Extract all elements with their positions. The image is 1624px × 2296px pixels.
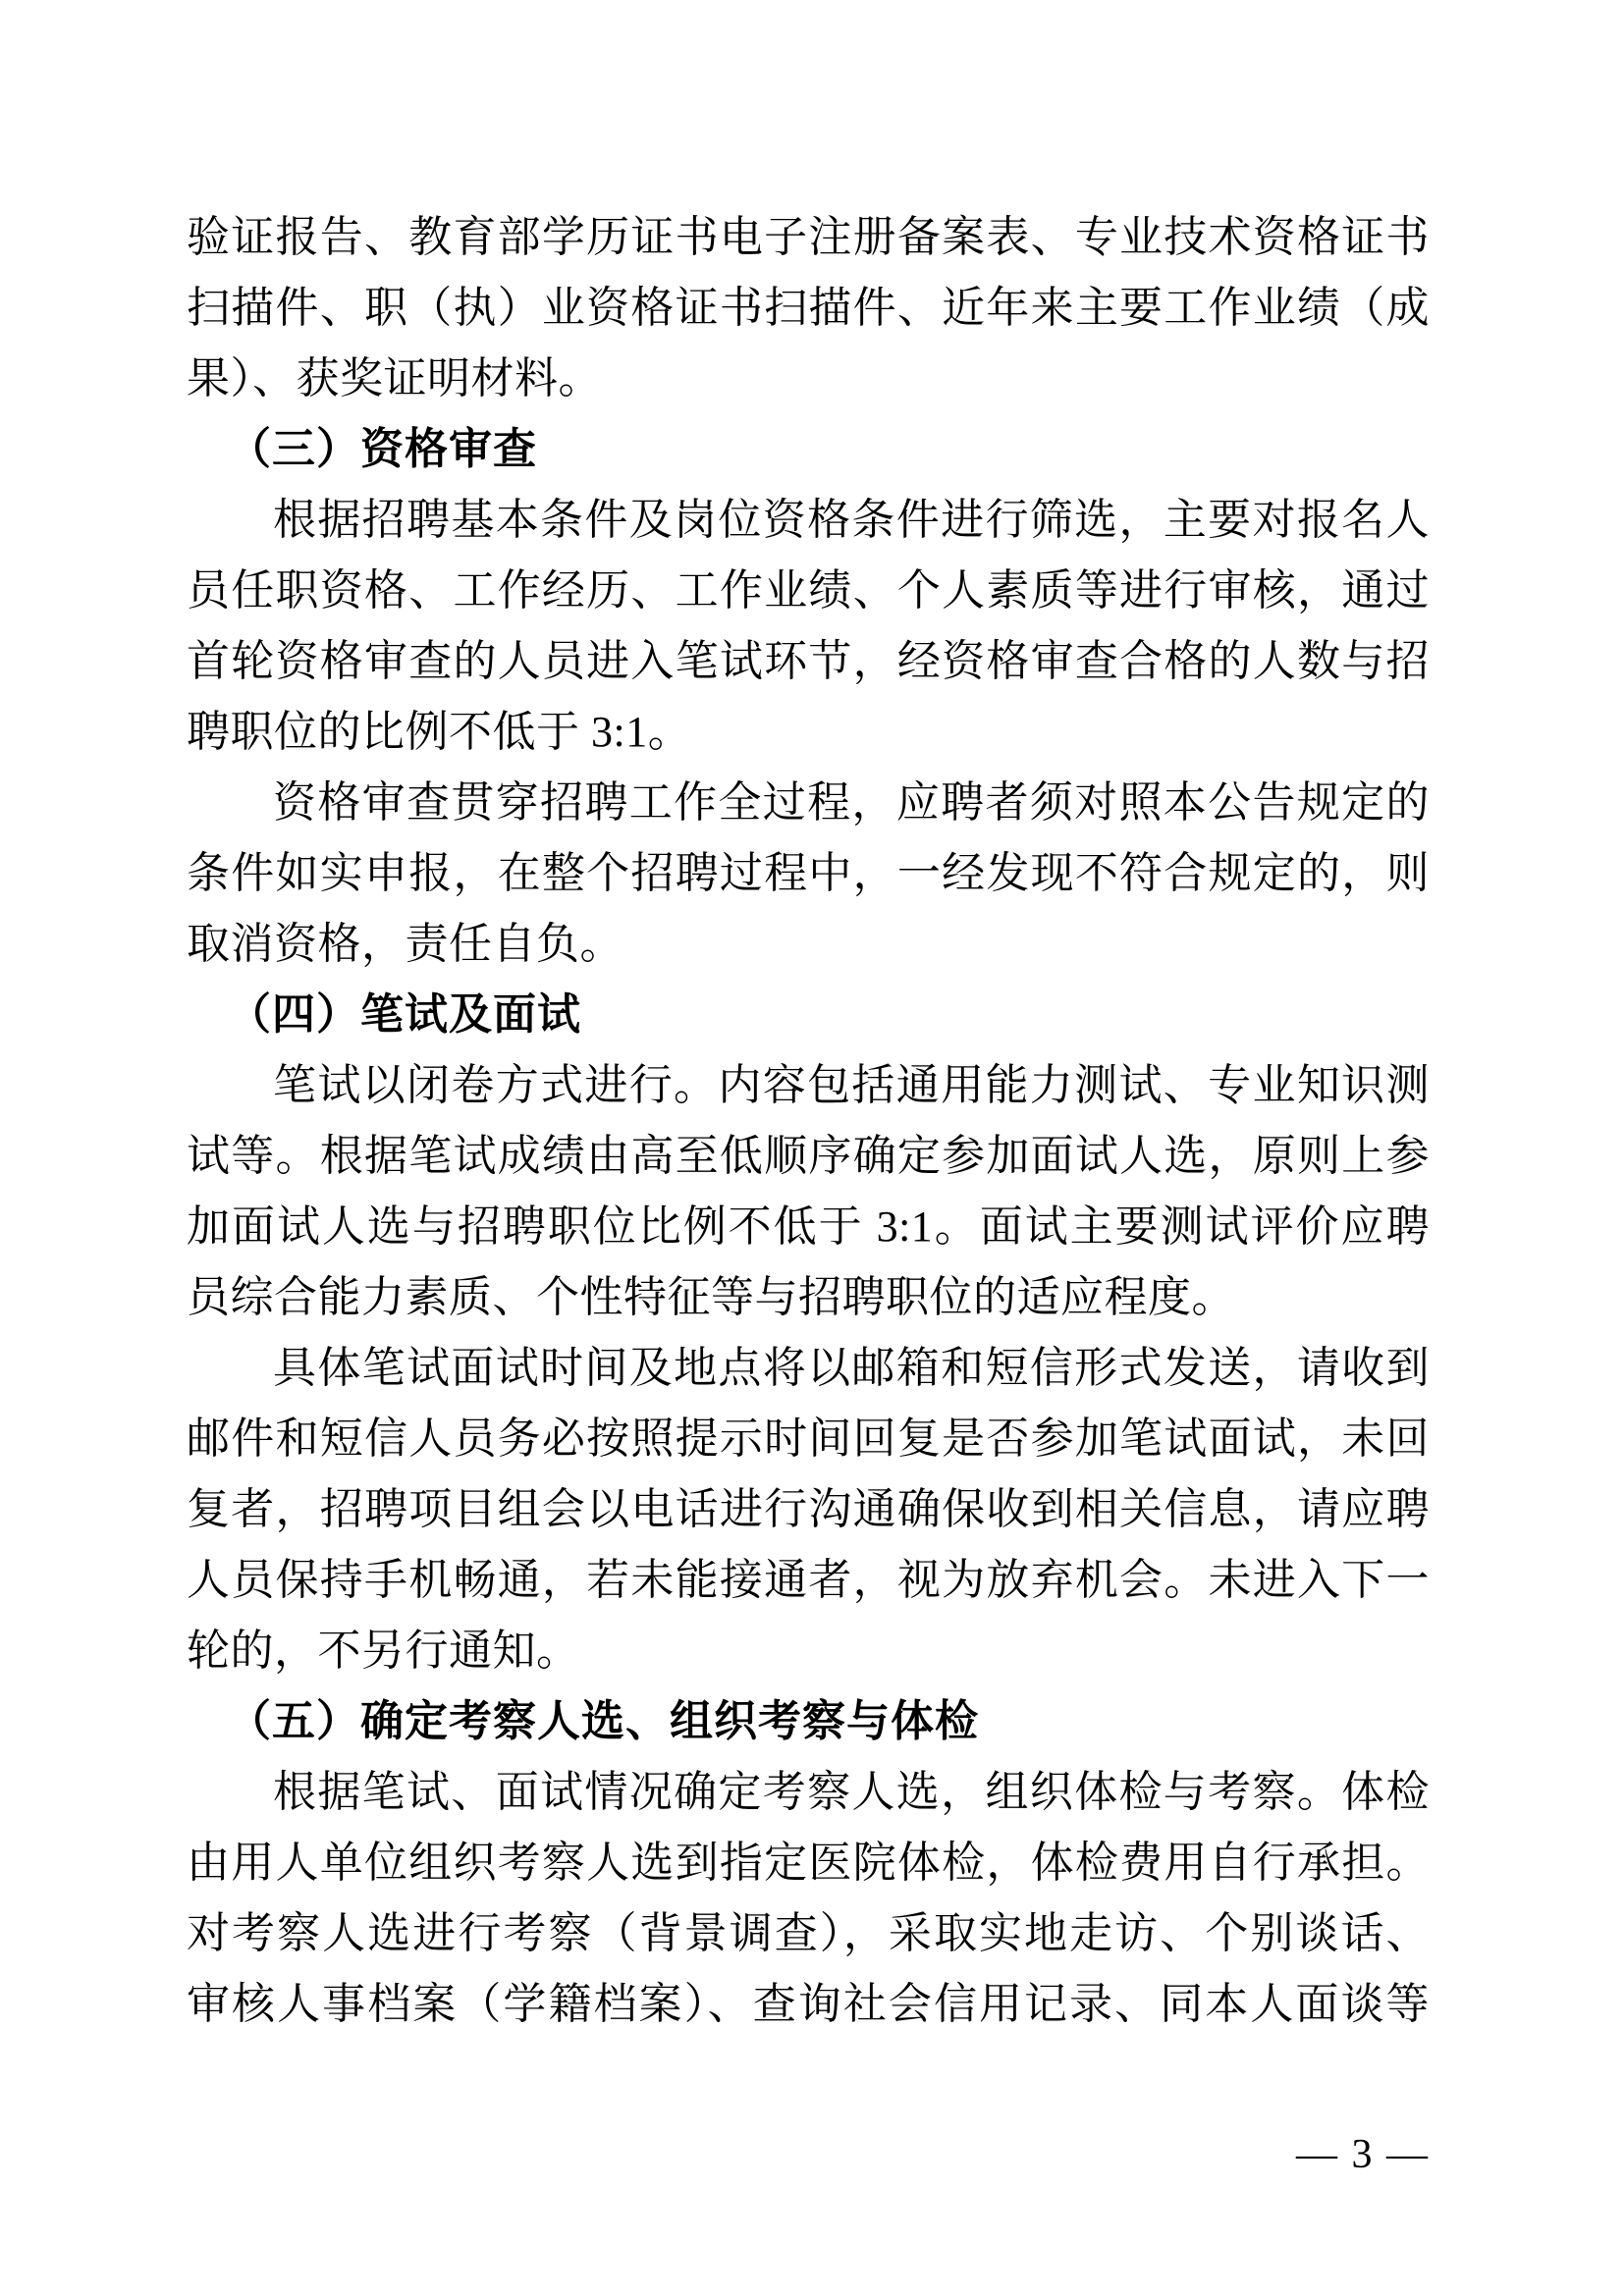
- document-page: 验证报告、教育部学历证书电子注册备案表、专业技术资格证书扫描件、职（执）业资格证…: [0, 0, 1624, 2296]
- text-line: 对考察人选进行考察（背景调查），采取实地走访、个别谈话、: [187, 1898, 1430, 1969]
- text-line: 试等。根据笔试成绩由高至低顺序确定参加面试人选，原则上参: [187, 1121, 1430, 1192]
- text-line: 果）、获奖证明材料。: [187, 344, 1430, 414]
- text-line: 条件如实申报，在整个招聘过程中，一经发现不符合规定的，则: [187, 838, 1430, 909]
- text-line: 复者，招聘项目组会以电话进行沟通确保收到相关信息，请应聘: [187, 1474, 1430, 1545]
- text-line: 员综合能力素质、个性特征等与招聘职位的适应程度。: [187, 1262, 1430, 1333]
- section-heading: （五）确定考察人选、组织考察与体检: [187, 1686, 1430, 1757]
- section-heading: （三）资格审查: [187, 414, 1430, 485]
- text-line: 邮件和短信人员务必按照提示时间回复是否参加笔试面试，未回: [187, 1404, 1430, 1474]
- text-line: 由用人单位组织考察人选到指定医院体检，体检费用自行承担。: [187, 1828, 1430, 1898]
- text-line: 根据招聘基本条件及岗位资格条件进行筛选，主要对报名人: [187, 485, 1430, 556]
- page-number: — 3 —: [187, 2132, 1430, 2177]
- text-line: 审核人事档案（学籍档案）、查询社会信用记录、同本人面谈等: [187, 1969, 1430, 2040]
- text-line: 轮的，不另行通知。: [187, 1616, 1430, 1686]
- text-line: 笔试以闭卷方式进行。内容包括通用能力测试、专业知识测: [187, 1050, 1430, 1121]
- text-line: 具体笔试面试时间及地点将以邮箱和短信形式发送，请收到: [187, 1333, 1430, 1404]
- section-heading: （四）笔试及面试: [187, 980, 1430, 1050]
- text-line: 人员保持手机畅通，若未能接通者，视为放弃机会。未进入下一: [187, 1545, 1430, 1616]
- text-line: 取消资格，责任自负。: [187, 909, 1430, 980]
- text-line: 根据笔试、面试情况确定考察人选，组织体检与考察。体检: [187, 1757, 1430, 1828]
- text-line: 资格审查贯穿招聘工作全过程，应聘者须对照本公告规定的: [187, 768, 1430, 838]
- text-line: 员任职资格、工作经历、工作业绩、个人素质等进行审核，通过: [187, 556, 1430, 626]
- text-line: 扫描件、职（执）业资格证书扫描件、近年来主要工作业绩（成: [187, 273, 1430, 344]
- document-body: 验证报告、教育部学历证书电子注册备案表、专业技术资格证书扫描件、职（执）业资格证…: [187, 202, 1430, 2040]
- text-line: 加面试人选与招聘职位比例不低于 3:1。面试主要测试评价应聘人: [187, 1192, 1430, 1262]
- text-line: 聘职位的比例不低于 3:1。: [187, 697, 1430, 768]
- text-line: 验证报告、教育部学历证书电子注册备案表、专业技术资格证书: [187, 202, 1430, 273]
- text-line: 首轮资格审查的人员进入笔试环节，经资格审查合格的人数与招: [187, 626, 1430, 697]
